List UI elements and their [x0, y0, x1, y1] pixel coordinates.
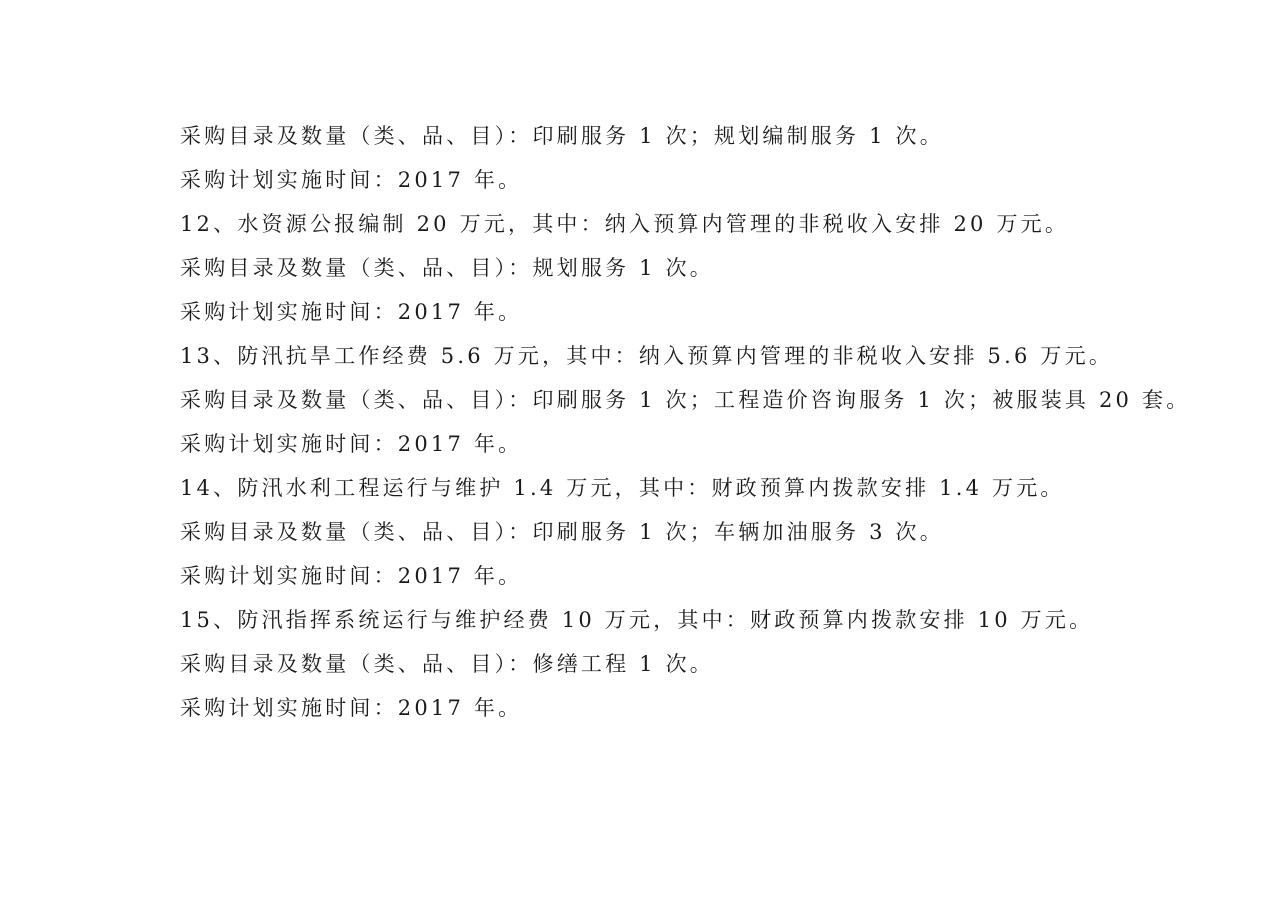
- procurement-time-line: 采购计划实施时间：2017 年。: [180, 562, 522, 590]
- procurement-catalog-line: 采购目录及数量（类、品、目）：规划服务 1 次。: [180, 254, 714, 282]
- procurement-time-line: 采购计划实施时间：2017 年。: [180, 430, 522, 458]
- procurement-time-line: 采购计划实施时间：2017 年。: [180, 166, 522, 194]
- procurement-catalog-line: 采购目录及数量（类、品、目）：印刷服务 1 次；工程造价咨询服务 1 次；被服装…: [180, 386, 1190, 414]
- procurement-catalog-line: 采购目录及数量（类、品、目）：印刷服务 1 次；规划编制服务 1 次。: [180, 122, 944, 150]
- item-14-heading: 14、防汛水利工程运行与维护 1.4 万元，其中：财政预算内拨款安排 1.4 万…: [180, 474, 1065, 502]
- procurement-catalog-line: 采购目录及数量（类、品、目）：修缮工程 1 次。: [180, 650, 714, 678]
- procurement-time-line: 采购计划实施时间：2017 年。: [180, 298, 522, 326]
- item-15-heading: 15、防汛指挥系统运行与维护经费 10 万元，其中：财政预算内拨款安排 10 万…: [180, 606, 1093, 634]
- item-12-heading: 12、水资源公报编制 20 万元，其中：纳入预算内管理的非税收入安排 20 万元…: [180, 210, 1069, 238]
- item-13-heading: 13、防汛抗旱工作经费 5.6 万元，其中：纳入预算内管理的非税收入安排 5.6…: [180, 342, 1113, 370]
- document-page: 采购目录及数量（类、品、目）：印刷服务 1 次；规划编制服务 1 次。 采购计划…: [0, 0, 1280, 905]
- procurement-catalog-line: 采购目录及数量（类、品、目）：印刷服务 1 次；车辆加油服务 3 次。: [180, 518, 944, 546]
- procurement-time-line: 采购计划实施时间：2017 年。: [180, 694, 522, 722]
